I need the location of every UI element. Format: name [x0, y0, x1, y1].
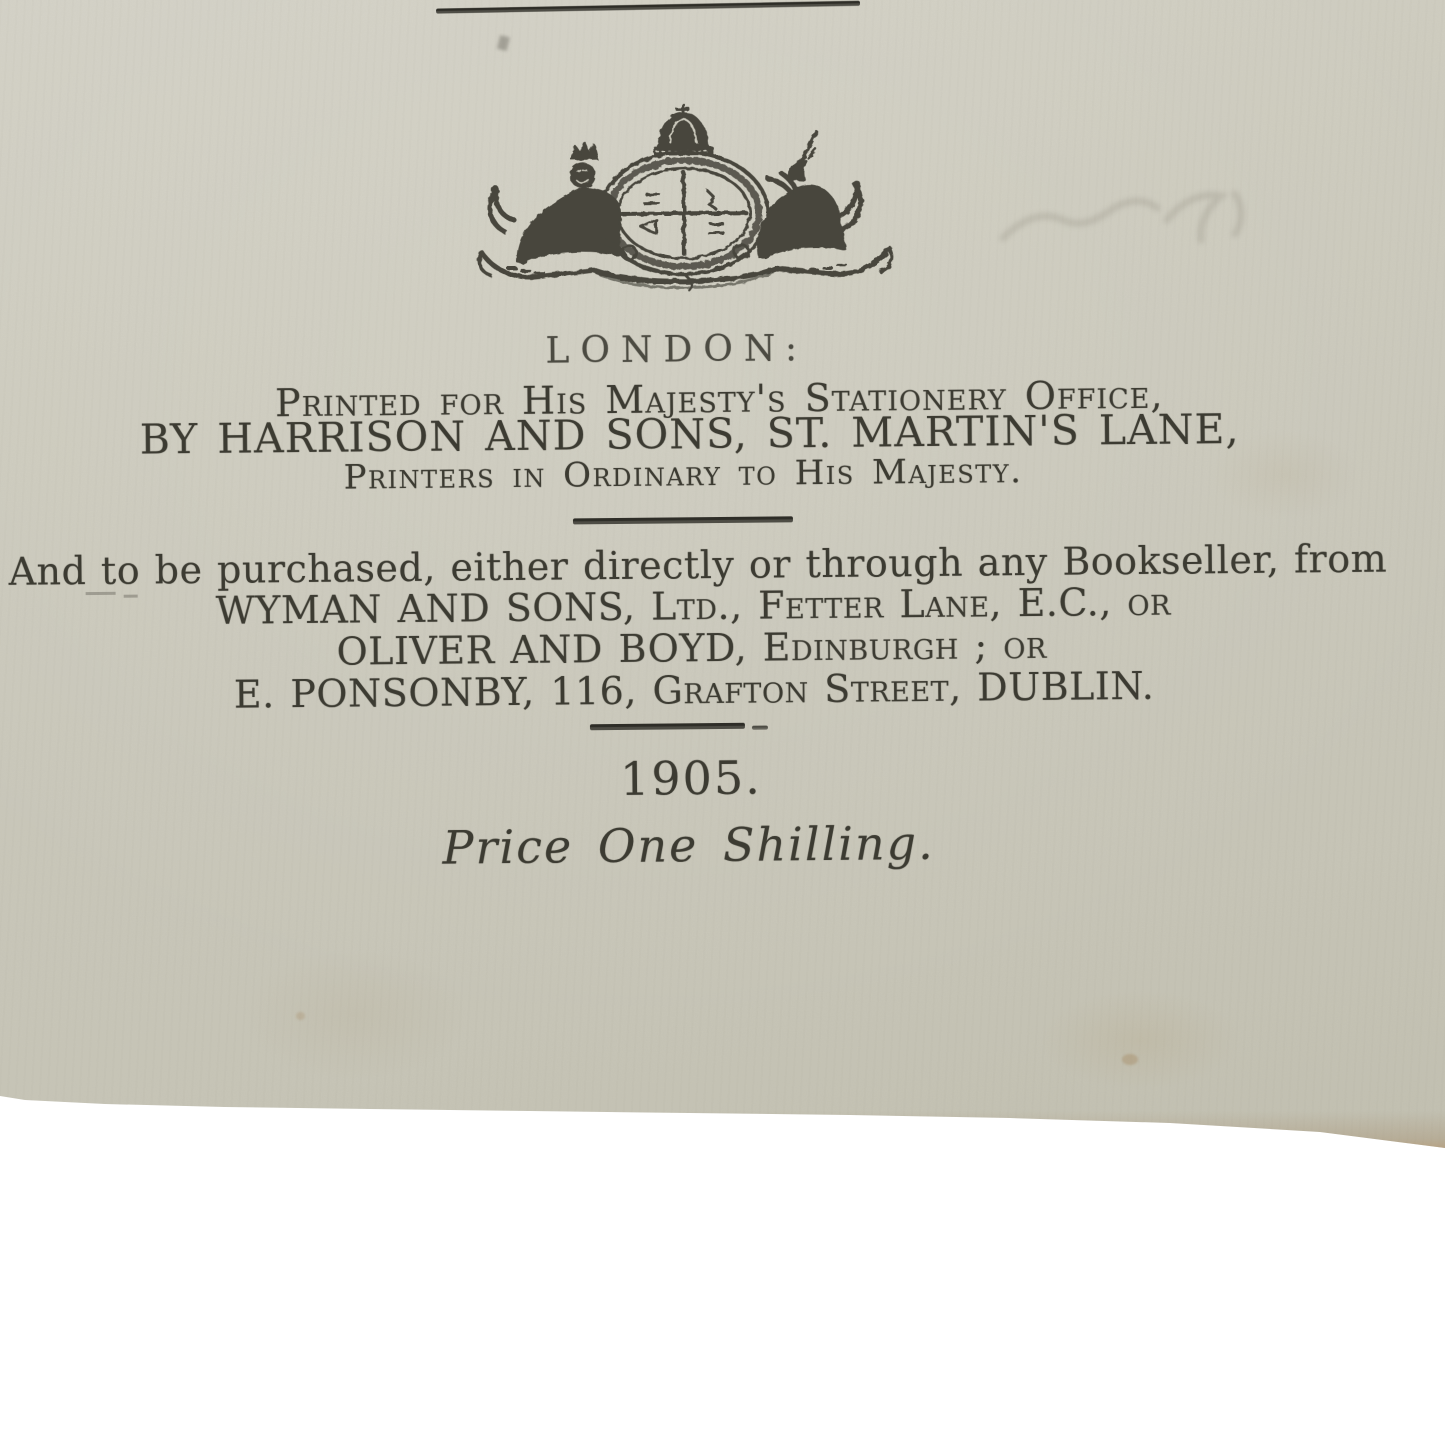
divider-rule: [573, 516, 793, 524]
paper-sheet: LONDON: Printed for His Majesty's Statio…: [0, 0, 1445, 1160]
print-artifact: [497, 35, 510, 51]
printed-imprint-block: LONDON: Printed for His Majesty's Statio…: [0, 0, 1445, 1207]
bookseller-line: E. PONSONBY, 116, Grafton Street, DUBLIN…: [0, 664, 1417, 716]
book-imprint-page-photo: LONDON: Printed for His Majesty's Statio…: [0, 0, 1445, 1445]
year-line: 1905.: [0, 748, 1414, 808]
price-line: Price One Shilling.: [0, 815, 1411, 875]
divider-rule-dash: [752, 726, 768, 730]
city-line: LONDON:: [0, 325, 1399, 375]
royal-coat-of-arms-icon: [470, 98, 902, 294]
divider-rule: [590, 723, 745, 730]
top-rule: [436, 1, 860, 14]
